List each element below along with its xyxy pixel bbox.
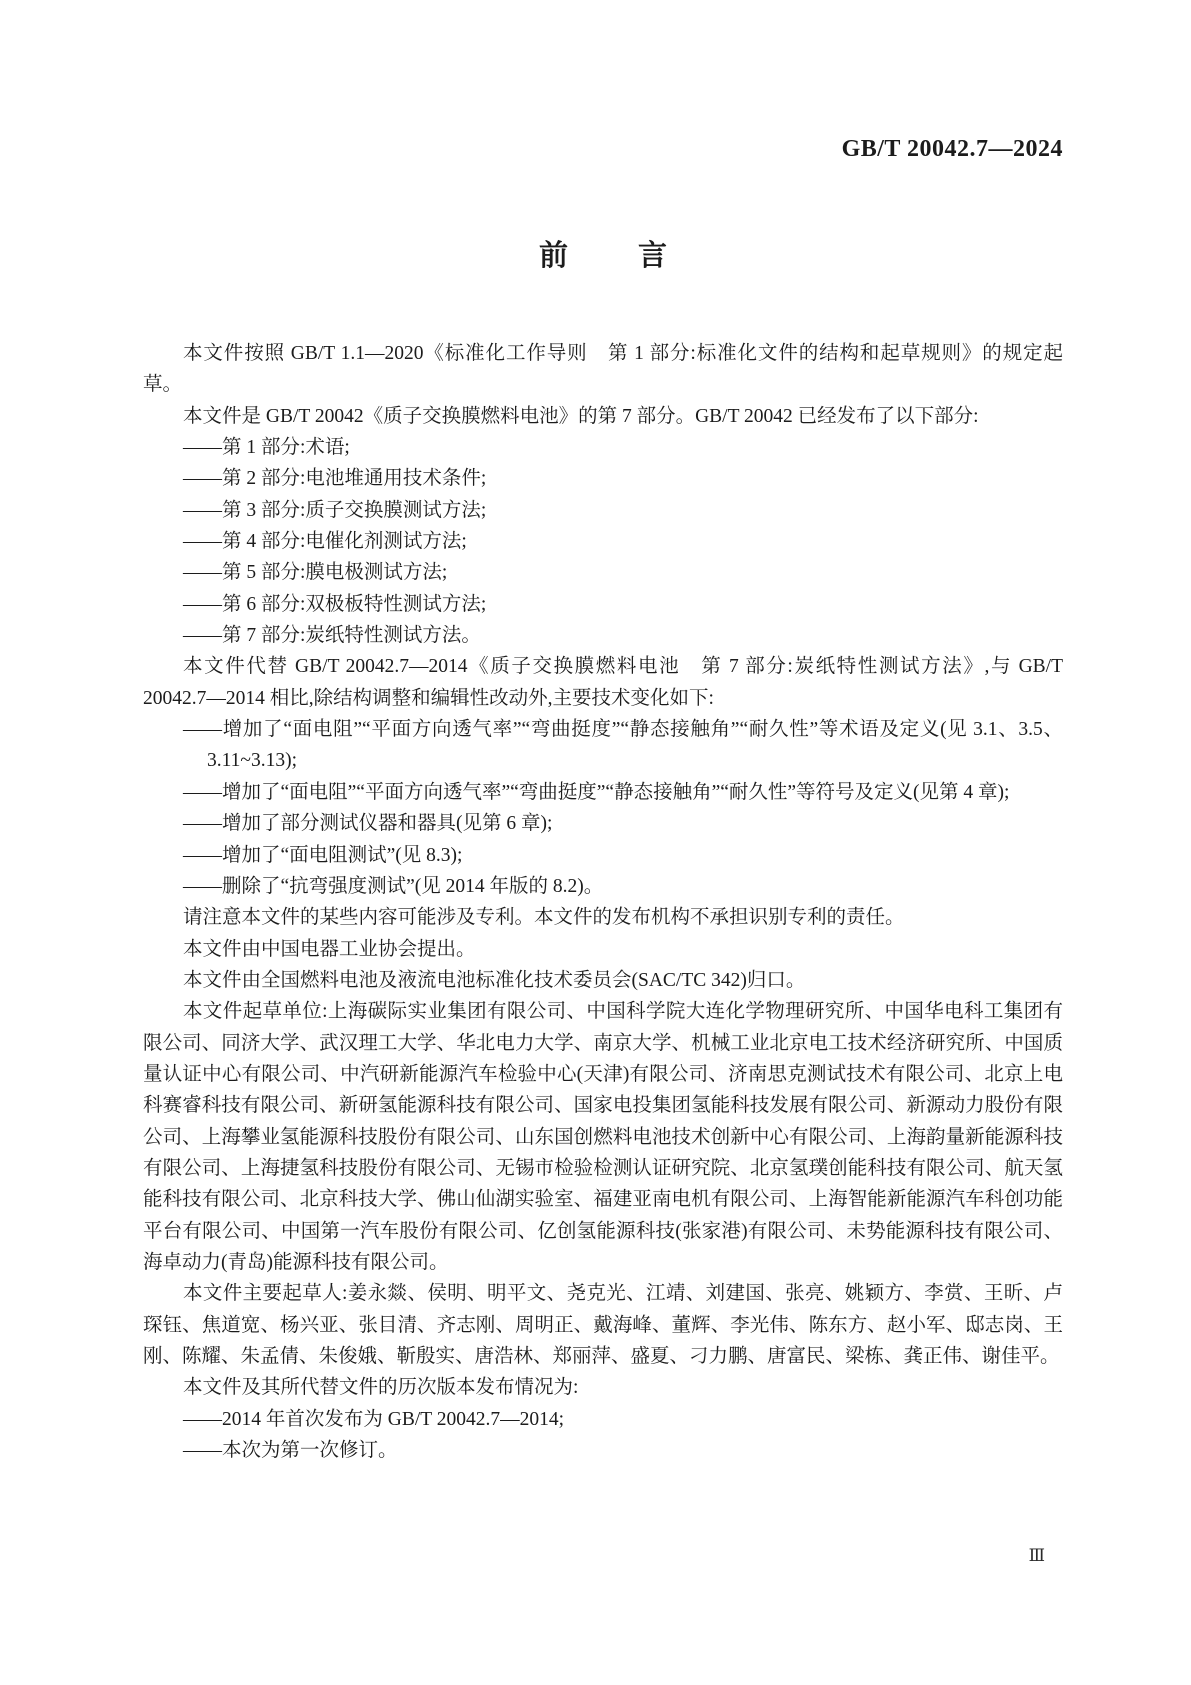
list-item: ——删除了“抗弯强度测试”(见 2014 年版的 8.2)。 (143, 871, 1063, 902)
paragraph: 本文件由中国电器工业协会提出。 (143, 934, 1063, 965)
paragraph: 本文件及其所代替文件的历次版本发布情况为: (143, 1372, 1063, 1403)
paragraph: 本文件由全国燃料电池及液流电池标准化技术委员会(SAC/TC 342)归口。 (143, 965, 1063, 996)
list-item: ——第 1 部分:术语; (143, 432, 1063, 463)
page-title: 前 言 (143, 241, 1063, 273)
list-item: ——第 4 部分:电催化剂测试方法; (143, 526, 1063, 557)
page-number: Ⅲ (143, 1546, 1045, 1566)
page-title-char-2: 言 (638, 241, 667, 273)
list-item: ——增加了“面电阻”“平面方向透气率”“弯曲挺度”“静态接触角”“耐久性”等术语… (143, 714, 1063, 777)
paragraph: 本文件起草单位:上海碳际实业集团有限公司、中国科学院大连化学物理研究所、中国华电… (143, 996, 1063, 1278)
list-item: ——2014 年首次发布为 GB/T 20042.7—2014; (143, 1404, 1063, 1435)
list-item: ——第 5 部分:膜电极测试方法; (143, 557, 1063, 588)
list-item: ——第 3 部分:质子交换膜测试方法; (143, 495, 1063, 526)
paragraph: 本文件按照 GB/T 1.1—2020《标准化工作导则 第 1 部分:标准化文件… (143, 338, 1063, 401)
list-item: ——增加了部分测试仪器和器具(见第 6 章); (143, 808, 1063, 839)
paragraph: 本文件主要起草人:姜永燚、侯明、明平文、尧克光、江靖、刘建国、张亮、姚颖方、李赏… (143, 1278, 1063, 1372)
paragraph: 请注意本文件的某些内容可能涉及专利。本文件的发布机构不承担识别专利的责任。 (143, 902, 1063, 933)
list-item: ——本次为第一次修订。 (143, 1435, 1063, 1466)
standard-number: GB/T 20042.7—2024 (143, 136, 1063, 163)
list-item: ——增加了“面电阻测试”(见 8.3); (143, 840, 1063, 871)
list-item: ——第 2 部分:电池堆通用技术条件; (143, 463, 1063, 494)
document-page: GB/T 20042.7—2024 前 言 本文件按照 GB/T 1.1—202… (0, 0, 1191, 1685)
foreword-body: 本文件按照 GB/T 1.1—2020《标准化工作导则 第 1 部分:标准化文件… (143, 338, 1063, 1466)
paragraph: 本文件是 GB/T 20042《质子交换膜燃料电池》的第 7 部分。GB/T 2… (143, 401, 1063, 432)
list-item: ——第 6 部分:双极板特性测试方法; (143, 589, 1063, 620)
page-title-char-1: 前 (539, 241, 568, 273)
list-item: ——第 7 部分:炭纸特性测试方法。 (143, 620, 1063, 651)
paragraph: 本文件代替 GB/T 20042.7—2014《质子交换膜燃料电池 第 7 部分… (143, 651, 1063, 714)
list-item: ——增加了“面电阻”“平面方向透气率”“弯曲挺度”“静态接触角”“耐久性”等符号… (143, 777, 1063, 808)
